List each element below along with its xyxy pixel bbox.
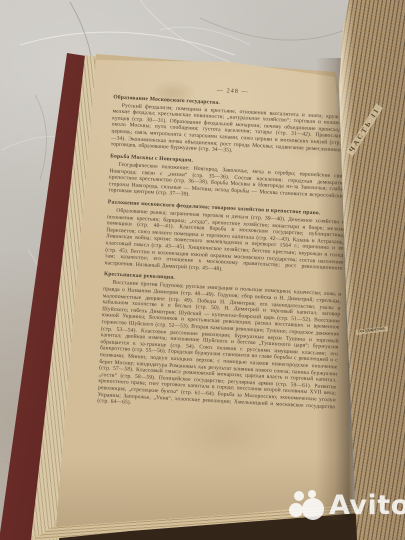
avito-wordmark: Avito — [329, 492, 405, 519]
section-body: Образование рынка; заграничная торговля … — [104, 207, 345, 279]
toc-section: Борьба Москвы с Новгородом. Географическ… — [108, 153, 348, 206]
section-body: Восстание против Годунова; русская эмигр… — [97, 280, 341, 418]
toc-section: Крестьянская революция. Восстание против… — [97, 272, 342, 418]
book-photo-scene: — 248 — Образование Московского государс… — [0, 0, 405, 540]
toc-section: Разложение московского феодализма; товар… — [104, 199, 345, 279]
avito-watermark: Avito — [286, 486, 405, 524]
table-of-contents: — 248 — Образование Московского государс… — [97, 82, 352, 417]
avito-logo-icon — [286, 486, 326, 524]
